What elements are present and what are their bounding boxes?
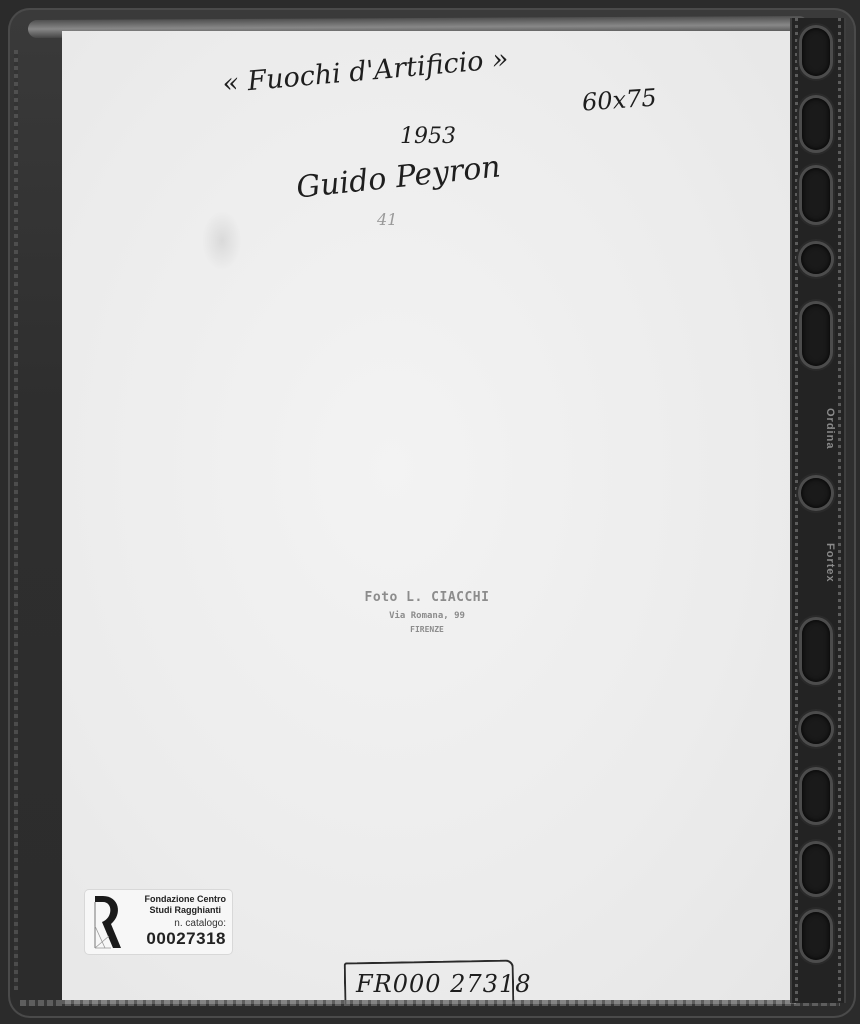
binder-brand-text: Fortex bbox=[800, 528, 836, 598]
label-catalog-caption: n. catalogo: bbox=[145, 918, 227, 929]
binder-punch-strip: Ordina Fortex bbox=[790, 18, 846, 1003]
binder-brand-text: Ordina bbox=[800, 394, 836, 464]
photographer-stamp: Foto L. CIACCHI Via Romana, 99 FIRENZE bbox=[352, 590, 502, 634]
catalog-label: Fondazione Centro Studi Ragghianti n. ca… bbox=[85, 890, 232, 954]
label-catalog-number: 00027318 bbox=[145, 929, 227, 949]
artwork-year-handwritten: 1953 bbox=[400, 124, 456, 149]
binder-hole-icon bbox=[802, 98, 830, 150]
binder-hole-icon bbox=[802, 770, 830, 822]
binder-hole-icon bbox=[801, 478, 831, 508]
catalog-label-text: Fondazione Centro Studi Ragghianti n. ca… bbox=[145, 894, 227, 949]
binder-hole-icon bbox=[802, 844, 830, 894]
binder-hole-icon bbox=[802, 168, 830, 222]
sleeve-bottom-seam bbox=[20, 1000, 840, 1006]
paper-smudge bbox=[202, 211, 242, 271]
binder-hole-icon bbox=[802, 620, 830, 682]
binder-hole-icon bbox=[801, 714, 831, 744]
sleeve-left-seam bbox=[14, 50, 18, 990]
stamp-city: FIRENZE bbox=[352, 625, 502, 634]
stamp-studio-name: Foto L. CIACCHI bbox=[352, 590, 502, 605]
binder-hole-icon bbox=[801, 244, 831, 274]
label-org-line1: Fondazione Centro bbox=[145, 894, 227, 905]
binder-hole-icon bbox=[802, 304, 830, 366]
label-org-line2: Studi Ragghianti bbox=[145, 905, 227, 916]
dimensions-handwritten: 60x75 bbox=[581, 83, 657, 116]
inventory-number-handwritten: FR000 27318 bbox=[356, 970, 532, 998]
binder-hole-icon bbox=[802, 912, 830, 960]
item-number-pencil: 41 bbox=[377, 210, 397, 229]
binder-hole-icon bbox=[802, 28, 830, 76]
stamp-address: Via Romana, 99 bbox=[352, 611, 502, 621]
r-monogram-icon bbox=[89, 892, 123, 952]
